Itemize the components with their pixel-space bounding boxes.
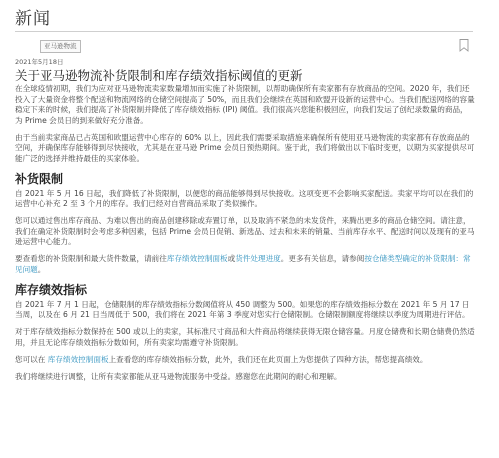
ipi-dashboard-link[interactable]: 库存绩效控制面板 [48,355,109,364]
restock-paragraph-1: 自 2021 年 5 月 16 日起，我们降低了补货限制，以便您的商品能够得到尽… [15,189,475,210]
restock-paragraph-3: 要查看您的补货限制和最大货件数量，请前往库存绩效控制面板或货件处理进度。更多有关… [15,254,475,275]
category-tag[interactable]: 亚马逊物流 [40,40,81,53]
intro-paragraph-2: 由于当前卖家商品已占英国和欧盟运营中心库存的 60% 以上，因此我们需要采取措施… [15,133,475,165]
ipi-paragraph-3: 您可以在 库存绩效控制面板上查看您的库存绩效指标分数，此外，我们还在此页面上为您… [15,355,475,366]
section-heading-ipi: 库存绩效指标 [15,282,475,299]
article-date: 2021年5月18日 [15,57,63,66]
restock-paragraph-2: 您可以通过售出库存商品、为难以售出的商品创建移除或弃置订单，以及取消不紧急的未发… [15,216,475,248]
intro-paragraph-1: 在全球疫情初期，我们为应对亚马逊物流卖家数量增加而实施了补货限制，以帮助确保所有… [15,84,475,126]
article-body: 在全球疫情初期，我们为应对亚马逊物流卖家数量增加而实施了补货限制，以帮助确保所有… [15,84,475,389]
ipi-paragraph-2: 对于库存绩效指标分数保持在 500 或以上的卖家，其标准尺寸商品和大件商品将继续… [15,327,475,348]
shipment-processing-progress-link[interactable]: 货件处理进度 [235,254,281,263]
page-title: 新闻 [15,4,51,29]
restock-p3-prefix: 要查看您的补货限制和最大货件数量，请前往 [15,254,167,263]
restock-p3-suffix: 。 [38,265,46,274]
inventory-performance-dashboard-link[interactable]: 库存绩效控制面板 [167,254,228,263]
ipi-paragraph-1: 自 2021 年 7 月 1 日起，仓储限制的库存绩效指标分数阈值将从 450 … [15,300,475,321]
closing-paragraph: 我们将继续进行调整，让所有卖家都能从亚马逊物流服务中受益。感谢您在此期间的耐心和… [15,372,475,383]
ipi-p3-prefix: 您可以在 [15,355,48,364]
restock-p3-mid2: 。更多有关信息，请参阅 [281,254,365,263]
article-title: 关于亚马逊物流补货限制和库存绩效指标阈值的更新 [15,66,303,84]
bookmark-icon[interactable] [459,37,469,50]
header-divider [15,31,473,32]
ipi-p3-suffix: 上查看您的库存绩效指标分数，此外，我们还在此页面上为您提供了四种方法，帮您提高绩… [109,355,428,364]
section-heading-restock-limits: 补货限制 [15,171,475,188]
